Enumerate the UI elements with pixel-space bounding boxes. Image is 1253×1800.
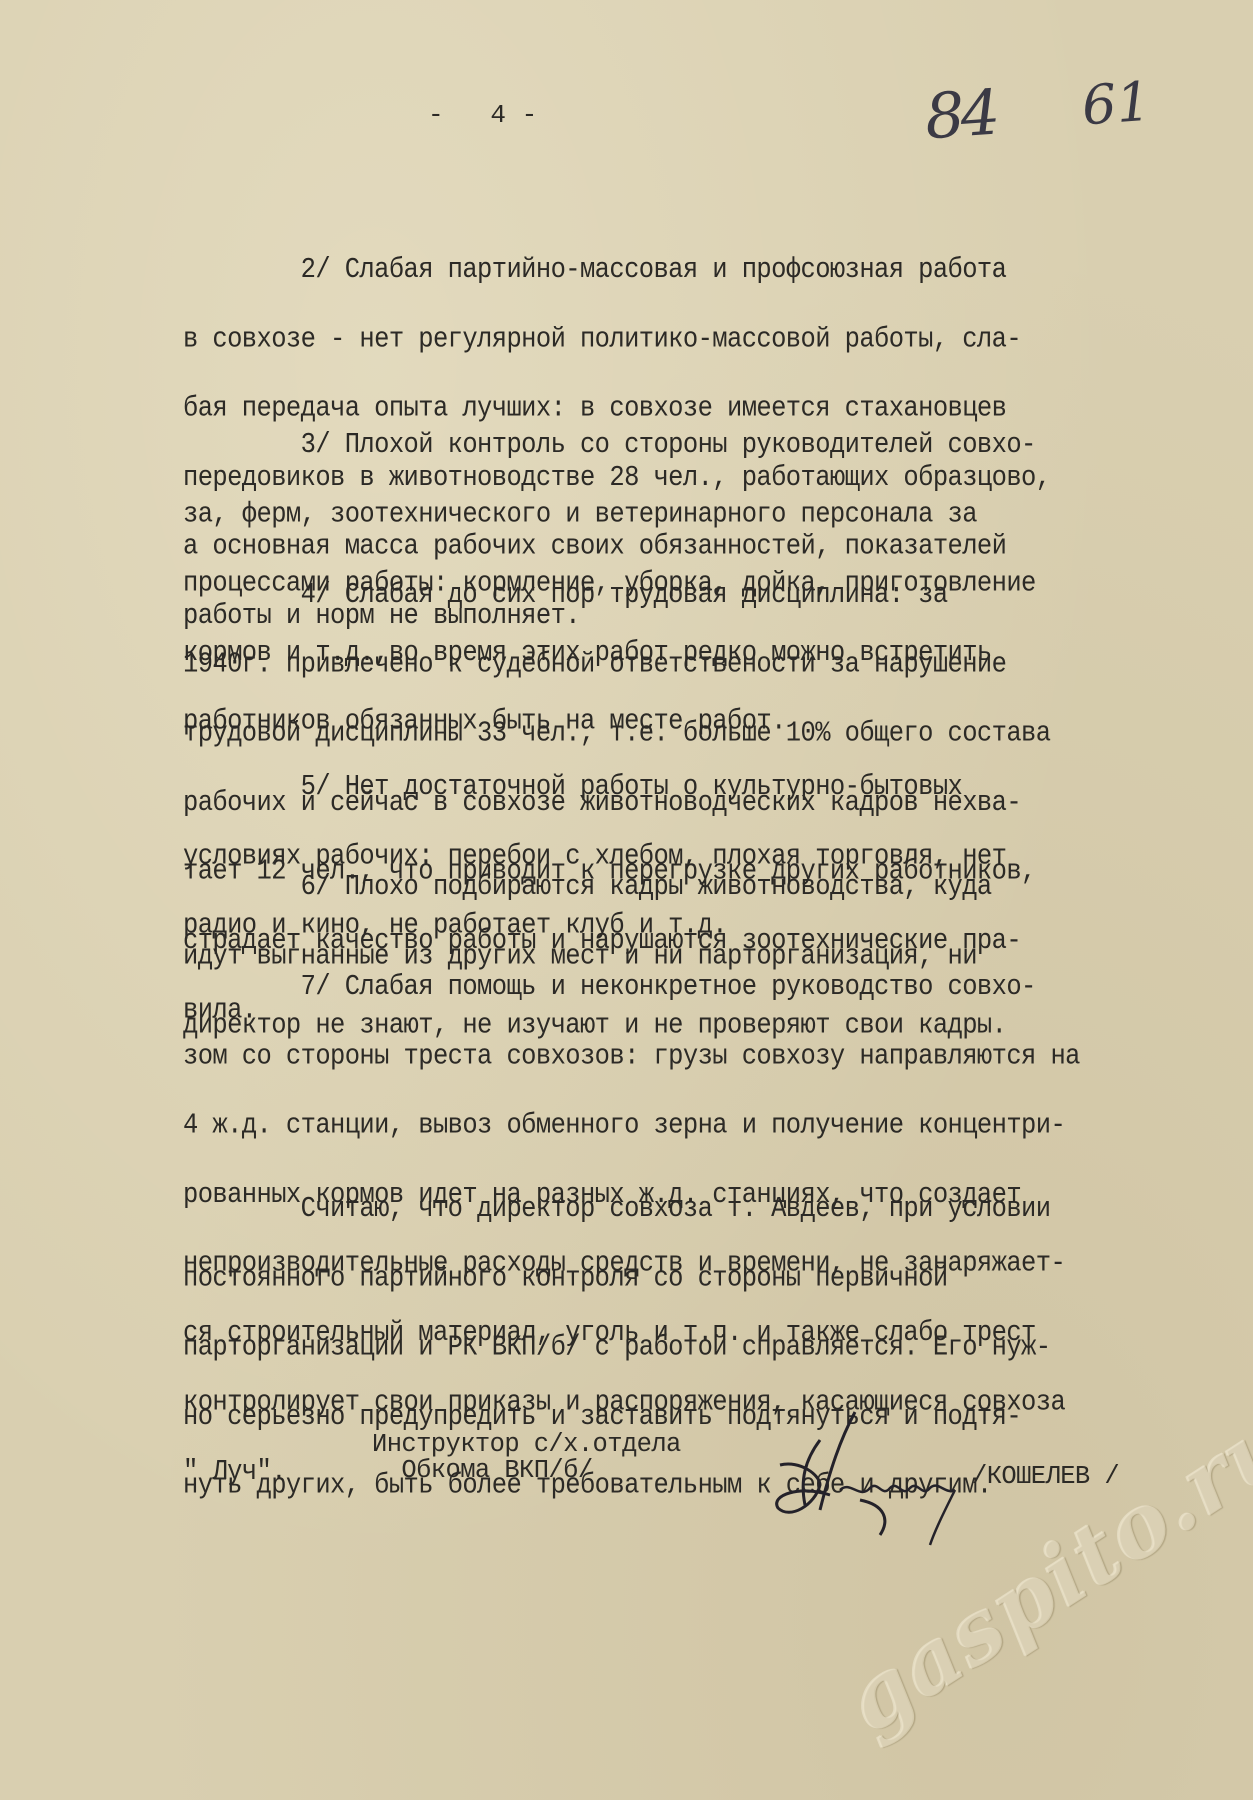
text-line: зом со стороны треста совхозов: грузы со… <box>183 1045 1080 1068</box>
document-page: - 4 - 84 61 2/ Слабая партийно-массовая … <box>0 0 1253 1800</box>
text-line: 2/ Слабая партийно-массовая и профсоюзна… <box>183 259 1050 282</box>
signature-title-line-1: Инструктор с/х.отдела <box>372 1432 681 1458</box>
text-line: постоянного партийного контроля со сторо… <box>183 1267 1050 1290</box>
text-line: 7/ Слабая помощь и неконкретное руководс… <box>183 976 1080 999</box>
text-line: Считаю, что директор совхоза т. Авдеев, … <box>183 1198 1050 1221</box>
text-line: 3/ Плохой контроль со стороны руководите… <box>183 434 1036 457</box>
text-line: в совхозе - нет регулярной политико-масс… <box>183 328 1050 351</box>
text-line: 1940г. привлечено к судебной ответствено… <box>183 653 1050 676</box>
handwritten-sheet-number: 61 <box>1080 70 1153 138</box>
signature-title: Инструктор с/х.отдела Обкома ВКП/б/ <box>372 1432 681 1484</box>
text-line: за, ферм, зоотехнического и ветеринарног… <box>183 503 1036 526</box>
text-line: 4/ Слабая до сих пор трудовая дисциплина… <box>183 584 1050 607</box>
text-line: 6/ Плохо подбираются кадры животноводств… <box>183 876 1006 899</box>
handwritten-signature-icon <box>760 1400 980 1550</box>
text-line: 5/ Нет достаточной работы о культурно-бы… <box>183 776 1006 799</box>
text-line: 4 ж.д. станции, вывоз обменного зерна и … <box>183 1115 1080 1138</box>
page-number: - 4 - <box>428 100 537 130</box>
handwritten-archive-number: 84 <box>923 76 999 154</box>
signer-name: /КОШЕЛЕВ / <box>972 1462 1119 1491</box>
text-line: парторганизации и РК ВКП/б/ с работой сп… <box>183 1337 1050 1360</box>
signature-title-line-2: Обкома ВКП/б/ <box>372 1458 681 1484</box>
